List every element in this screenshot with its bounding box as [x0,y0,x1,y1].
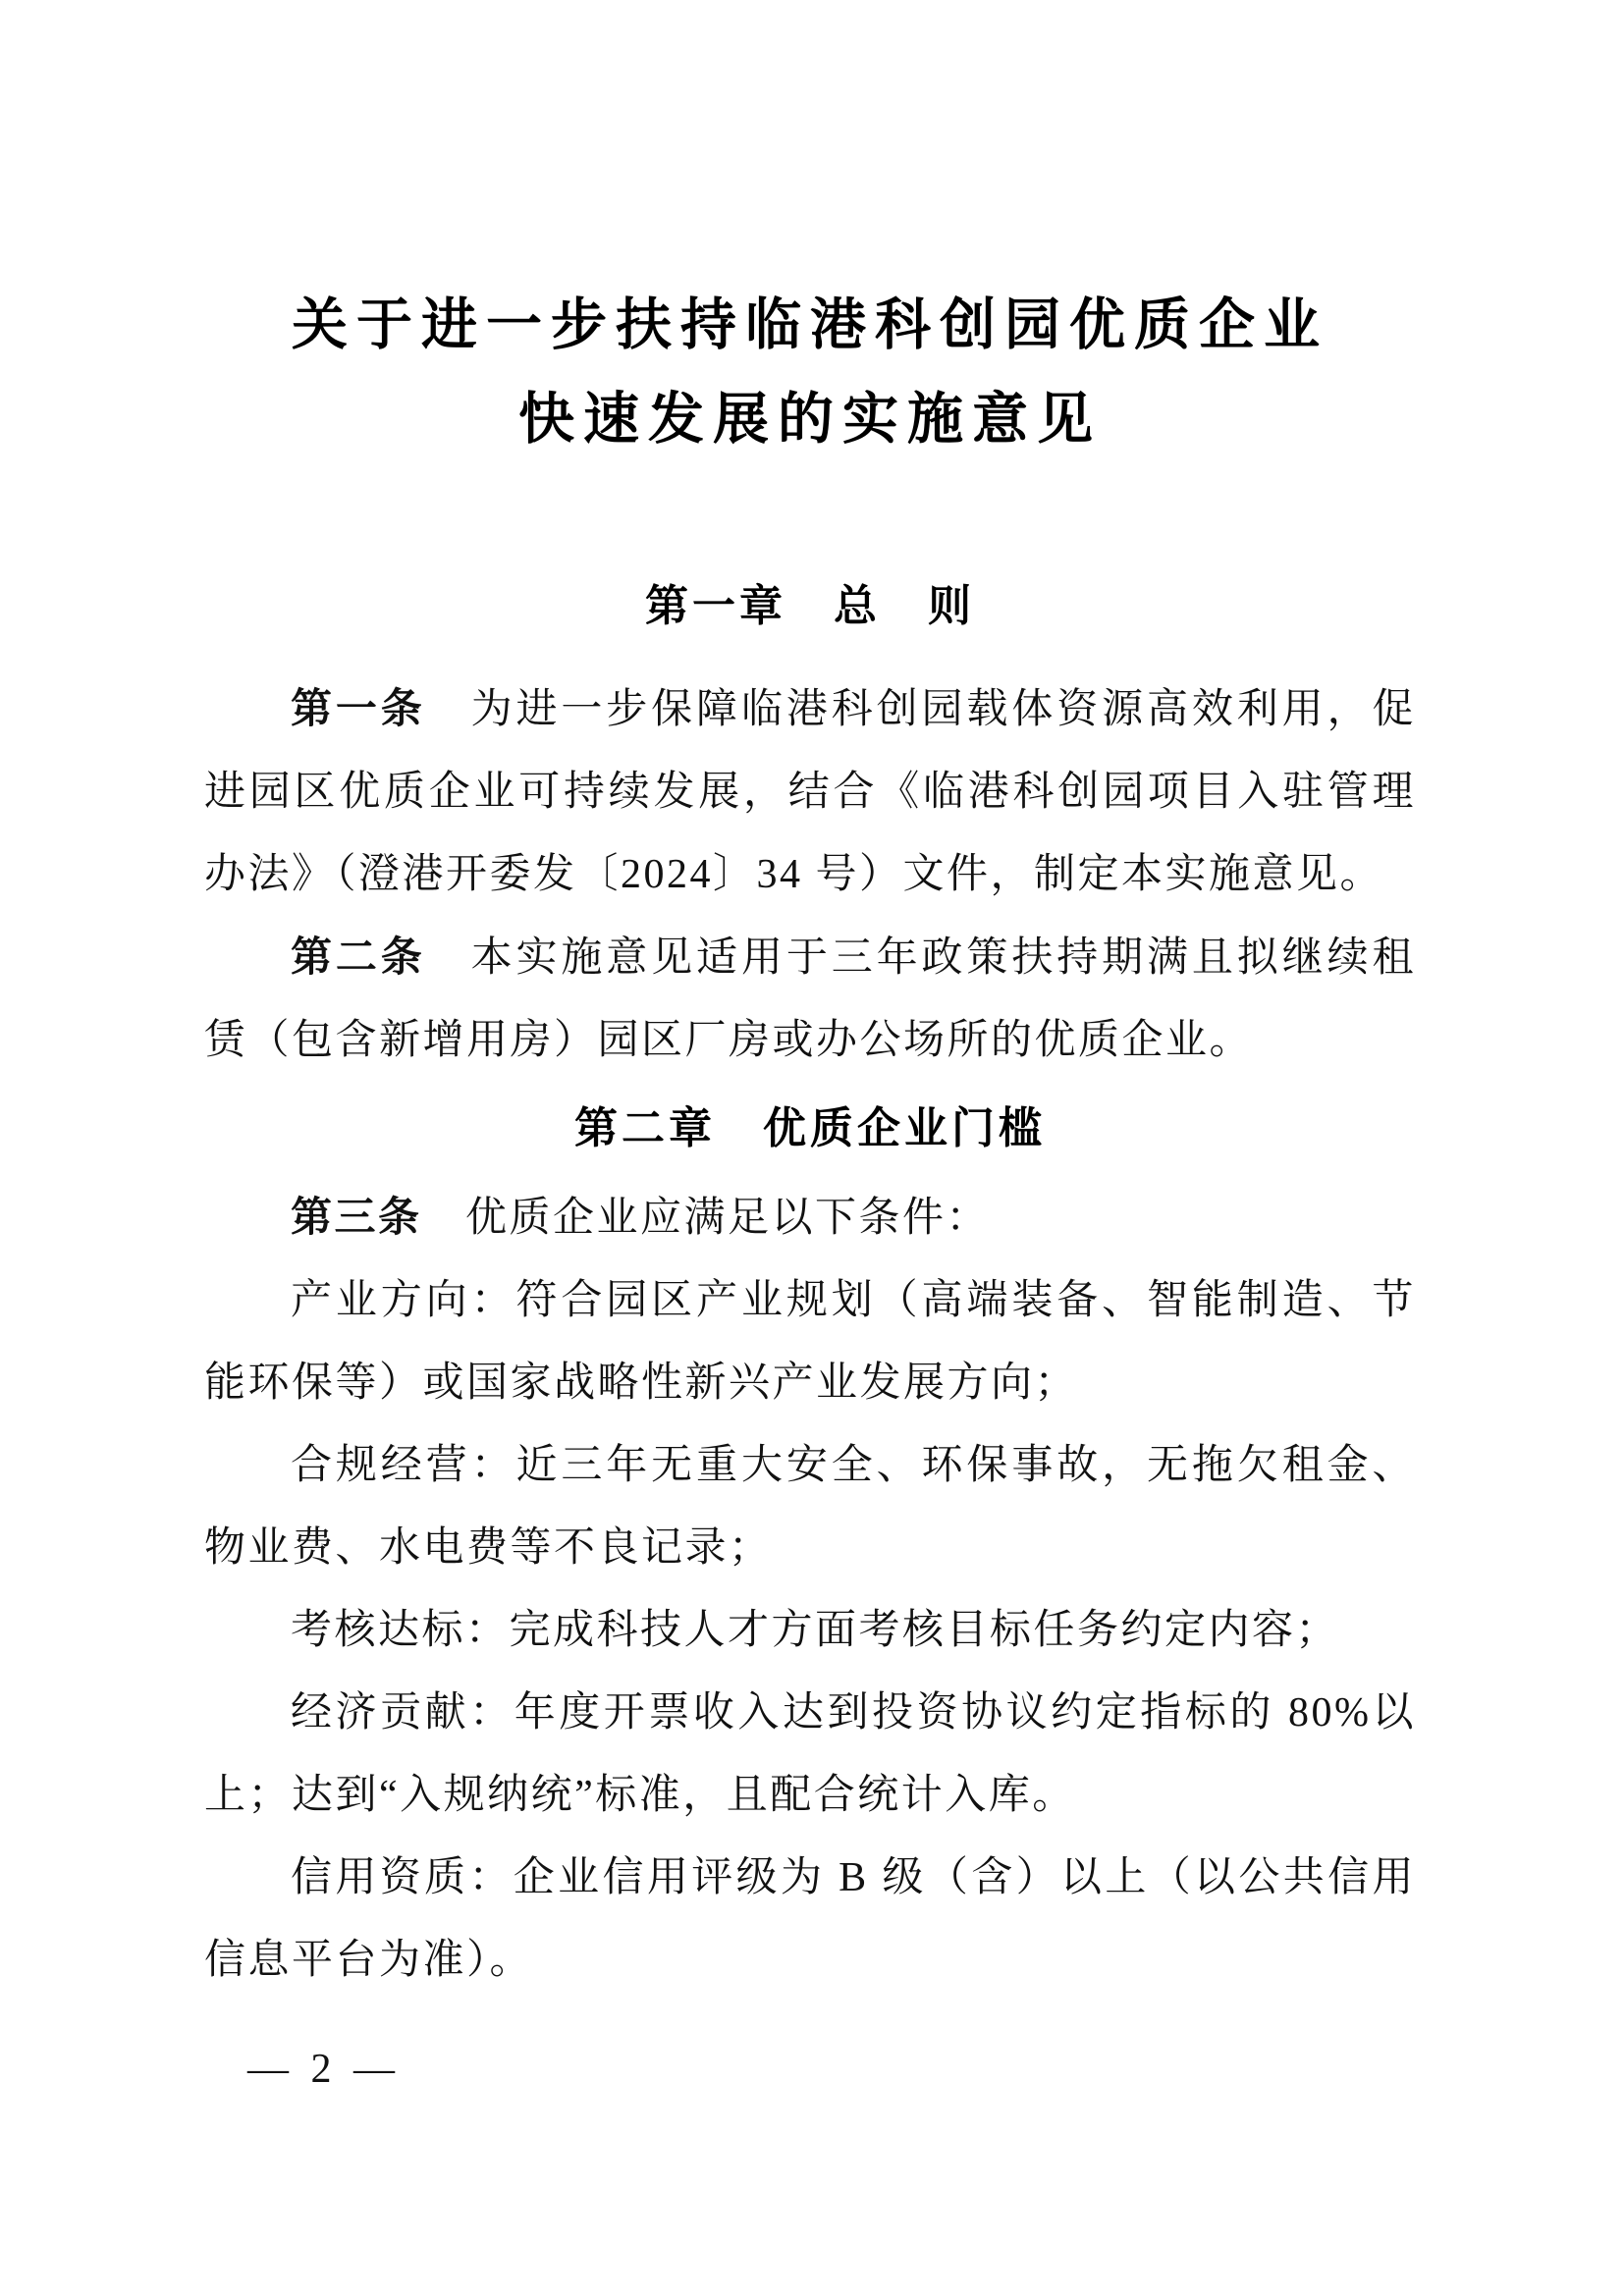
document-title-line2: 快速发展的实施意见 [204,373,1416,467]
chapter2-heading: 第二章 优质企业门槛 [204,1099,1416,1158]
criterion-credit-qualification: 信用资质：企业信用评级为 B 级（含）以上（以公共信用信息平台为准）。 [204,1837,1416,2002]
criterion-compliant-operation: 合规经营：近三年无重大安全、环保事故，无拖欠租金、物业费、水电费等不良记录； [204,1424,1416,1589]
article-3-label: 第三条 [291,1194,422,1240]
chapter1-heading: 第一章 总 则 [204,577,1416,636]
article-1-paragraph: 第一条 为进一步保障临港科创园载体资源高效利用，促进园区优质企业可持续发展，结合… [204,667,1416,916]
page-number: — 2 — [247,2042,397,2097]
article-2-label: 第二条 [291,934,426,980]
document-content: 关于进一步扶持临港科创园优质企业 快速发展的实施意见 第一章 总 则 第一条 为… [204,0,1416,2002]
criterion-assessment-standard: 考核达标：完成科技人才方面考核目标任务约定内容； [204,1589,1416,1672]
article-1-label: 第一条 [291,685,426,731]
article-3-text: 优质企业应满足以下条件： [422,1196,991,1241]
document-title: 关于进一步扶持临港科创园优质企业 快速发展的实施意见 [204,279,1416,467]
document-page: 关于进一步扶持临港科创园优质企业 快速发展的实施意见 第一章 总 则 第一条 为… [0,0,1624,2296]
criterion-industry-direction: 产业方向：符合园区产业规划（高端装备、智能制造、节能环保等）或国家战略性新兴产业… [204,1259,1416,1424]
article-2-paragraph: 第二条 本实施意见适用于三年政策扶持期满且拟继续租赁（包含新增用房）园区厂房或办… [204,916,1416,1082]
criterion-economic-contribution: 经济贡献：年度开票收入达到投资协议约定指标的 80%以上；达到“入规纳统”标准，… [204,1672,1416,1837]
article-3-paragraph: 第三条 优质企业应满足以下条件： [204,1176,1416,1259]
document-title-line1: 关于进一步扶持临港科创园优质企业 [204,279,1416,373]
